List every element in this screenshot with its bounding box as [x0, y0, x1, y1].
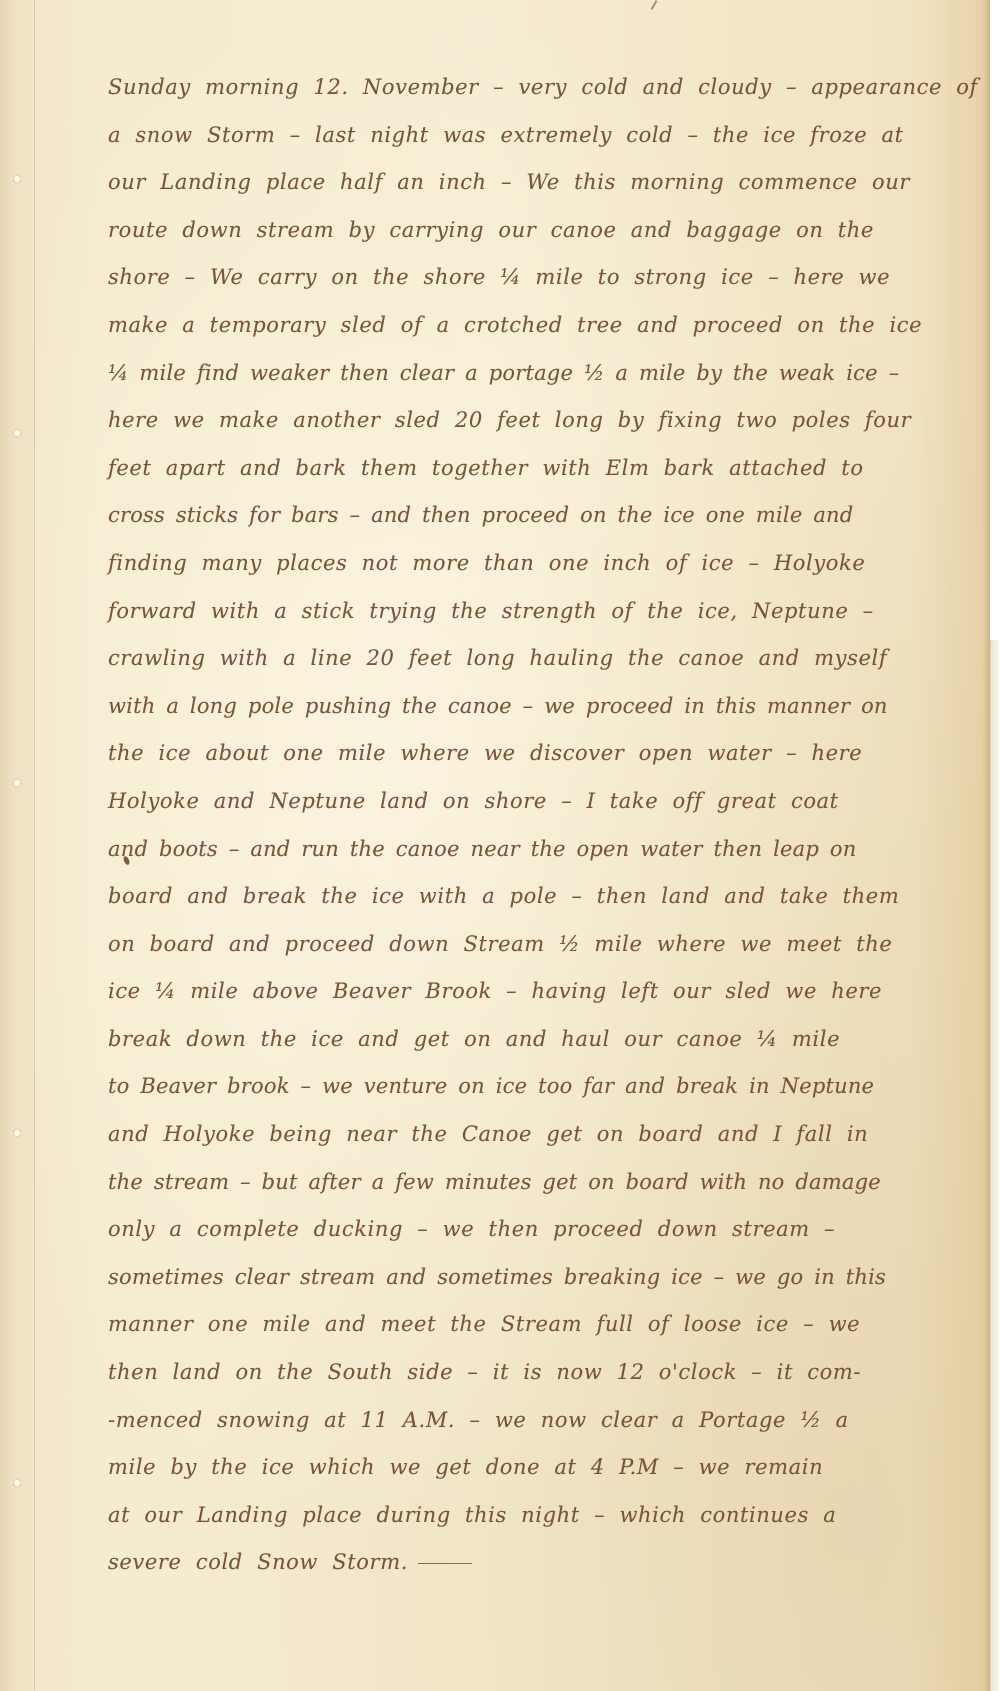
manuscript-line: with a long pole pushing the canoe – we …	[108, 683, 868, 731]
manuscript-line-final: severe cold Snow Storm.	[108, 1539, 868, 1587]
manuscript-line: on board and proceed down Stream ½ mile …	[108, 921, 868, 969]
manuscript-line: ¼ mile find weaker then clear a portage …	[108, 350, 868, 398]
manuscript-line: here we make another sled 20 feet long b…	[108, 397, 868, 445]
manuscript-line: sometimes clear stream and sometimes bre…	[108, 1254, 868, 1302]
manuscript-line: ice ¼ mile above Beaver Brook – having l…	[108, 968, 868, 1016]
final-line-text: severe cold Snow Storm.	[108, 1550, 408, 1574]
manuscript-line: make a temporary sled of a crotched tree…	[108, 302, 868, 350]
manuscript-line: forward with a stick trying the strength…	[108, 588, 868, 636]
manuscript-line: Holyoke and Neptune land on shore – I ta…	[108, 778, 868, 826]
manuscript-line: the ice about one mile where we discover…	[108, 730, 868, 778]
manuscript-line: then land on the South side – it is now …	[108, 1349, 868, 1397]
manuscript-line: manner one mile and meet the Stream full…	[108, 1301, 868, 1349]
manuscript-line: crawling with a line 20 feet long haulin…	[108, 635, 868, 683]
manuscript-line: a snow Storm – last night was extremely …	[108, 112, 868, 160]
manuscript-line: to Beaver brook – we venture on ice too …	[108, 1063, 868, 1111]
binding-edge	[0, 0, 35, 1691]
binding-hole	[14, 780, 20, 786]
binding-hole	[14, 176, 20, 182]
manuscript-line: at our Landing place during this night –…	[108, 1492, 868, 1540]
manuscript-line: only a complete ducking – we then procee…	[108, 1206, 868, 1254]
manuscript-page: Sunday morning 12. November – very cold …	[0, 0, 990, 1691]
manuscript-line: the stream – but after a few minutes get…	[108, 1159, 868, 1207]
manuscript-line: route down stream by carrying our canoe …	[108, 207, 868, 255]
underlying-sheet-edge	[990, 640, 999, 1691]
manuscript-line: and boots – and run the canoe near the o…	[108, 826, 868, 874]
journal-entry: Sunday morning 12. November – very cold …	[108, 64, 868, 1587]
manuscript-line: shore – We carry on the shore ¼ mile to …	[108, 254, 868, 302]
manuscript-line: finding many places not more than one in…	[108, 540, 868, 588]
binding-hole	[14, 1480, 20, 1486]
manuscript-line: board and break the ice with a pole – th…	[108, 873, 868, 921]
manuscript-line: break down the ice and get on and haul o…	[108, 1016, 868, 1064]
cut-off-descender	[651, 0, 658, 10]
manuscript-line: our Landing place half an inch – We this…	[108, 159, 868, 207]
manuscript-line: mile by the ice which we get done at 4 P…	[108, 1444, 868, 1492]
manuscript-line: and Holyoke being near the Canoe get on …	[108, 1111, 868, 1159]
binding-hole	[14, 430, 20, 436]
binding-hole	[14, 1130, 20, 1136]
manuscript-line: cross sticks for bars – and then proceed…	[108, 492, 868, 540]
manuscript-line: feet apart and bark them together with E…	[108, 445, 868, 493]
manuscript-line: Sunday morning 12. November – very cold …	[108, 64, 868, 112]
closing-flourish-rule	[418, 1563, 472, 1564]
manuscript-line: -menced snowing at 11 A.M. – we now clea…	[108, 1397, 868, 1445]
